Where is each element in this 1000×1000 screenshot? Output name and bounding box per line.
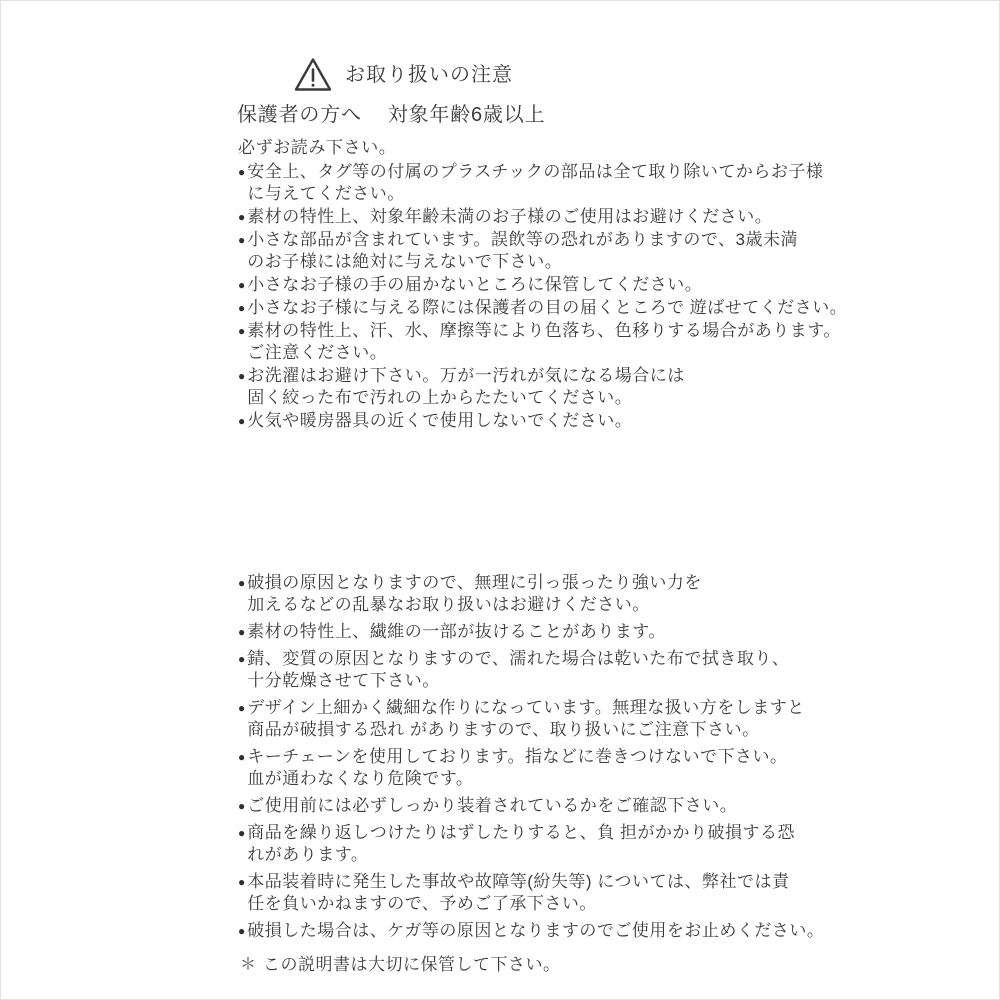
list-item: ● 安全上、タグ等の付属のプラスチックの部品は全て取り除いてからお子様 に与えて…	[238, 161, 858, 205]
bullet-icon: ●	[238, 746, 245, 768]
bullet-icon: ●	[238, 871, 245, 893]
bullet-icon: ●	[238, 621, 245, 643]
bullet-icon: ●	[238, 161, 245, 183]
instruction-text: 商品を繰り返しつけたりはずしたりすると、負 担がかかり破損する恐 れがあります。	[247, 822, 795, 866]
instruction-text: 本品装着時に発生した事故や故障等(紛失等) については、弊社では責 任を負いかね…	[247, 871, 789, 915]
instruction-text: 錆、変質の原因となりますので、濡れた場合は乾いた布で拭き取り、 十分乾燥させて下…	[247, 648, 789, 692]
bullet-icon: ●	[238, 572, 245, 594]
instruction-text: 破損した場合は、ケガ等の原因となりますのでご使用をお止めください。	[247, 920, 824, 942]
age-range-label: 対象年齢6歳以上	[388, 102, 546, 128]
list-item: ● 本品装着時に発生した事故や故障等(紛失等) については、弊社では責 任を負い…	[238, 871, 858, 915]
document-header: お取り扱いの注意	[293, 56, 513, 93]
list-item: ● 小さな部品が含まれています。誤飲等の恐れがありますので、3歳未満 のお子様に…	[238, 229, 858, 273]
bullet-icon: ●	[238, 206, 245, 228]
instruction-text: 小さなお子様に与える際には保護者の目の届くところで 遊ばせてください。	[247, 297, 847, 319]
bullet-icon: ●	[238, 795, 245, 817]
list-item: ● お洗濯はお避け下さい。万が一汚れが気になる場合には 固く絞った布で汚れの上か…	[238, 365, 858, 409]
instruction-text: 小さな部品が含まれています。誤飲等の恐れがありますので、3歳未満 のお子様には絶…	[247, 229, 798, 273]
list-item: ● 火気や暖房器具の近くで使用しないでください。	[238, 410, 858, 432]
instruction-text: デザイン上細かく繊細な作りになっています。無理な扱い方をしますと 商品が破損する…	[247, 697, 804, 741]
bullet-icon: ●	[238, 365, 245, 387]
bullet-icon: ●	[238, 410, 245, 432]
warning-triangle-icon	[293, 56, 333, 93]
bullet-icon: ●	[238, 822, 245, 844]
instruction-text: 小さなお子様の手の届かないところに保管してください。	[247, 274, 702, 296]
bullet-icon: ●	[238, 320, 245, 342]
audience-line: 保護者の方へ 対象年齢6歳以上	[237, 102, 545, 128]
bullet-icon: ●	[238, 229, 245, 251]
audience-label: 保護者の方へ	[237, 102, 362, 128]
must-read-label: 必ずお読み下さい。	[238, 137, 396, 159]
list-item: ● 素材の特性上、汗、水、摩擦等により色落ち、色移りする場合があります。 ご注意…	[238, 320, 858, 364]
list-item: ● 錆、変質の原因となりますので、濡れた場合は乾いた布で拭き取り、 十分乾燥させ…	[238, 648, 858, 692]
list-item: ● 小さなお子様に与える際には保護者の目の届くところで 遊ばせてください。	[238, 297, 858, 319]
list-item: ● 破損した場合は、ケガ等の原因となりますのでご使用をお止めください。	[238, 920, 858, 942]
instruction-text: 素材の特性上、対象年齢未満のお子様のご使用はお避けください。	[247, 206, 772, 228]
list-item: ● ご使用前には必ずしっかり装着されているかをご確認下さい。	[238, 795, 858, 817]
instruction-text: 素材の特性上、繊維の一部が抜けることがあります。	[247, 621, 666, 643]
list-item: ● 破損の原因となりますので、無理に引っ張ったり強い力を 加えるなどの乱暴なお取…	[238, 572, 858, 616]
bullet-icon: ●	[238, 274, 245, 296]
list-item: ● キーチェーンを使用しております。指などに巻きつけないで下さい。 血が通わなく…	[238, 746, 858, 790]
care-instructions-sheet: お取り扱いの注意 保護者の方へ 対象年齢6歳以上 必ずお読み下さい。 ● 安全上…	[0, 0, 1000, 1000]
bullet-icon: ●	[238, 697, 245, 719]
bullet-icon: ●	[238, 297, 245, 319]
page-title: お取り扱いの注意	[345, 57, 513, 93]
asterisk-marker: ＊	[240, 954, 256, 976]
instruction-list-general: ● 安全上、タグ等の付属のプラスチックの部品は全て取り除いてからお子様 に与えて…	[238, 161, 858, 432]
instruction-text: 安全上、タグ等の付属のプラスチックの部品は全て取り除いてからお子様 に与えてくだ…	[247, 161, 823, 205]
instruction-text: 火気や暖房器具の近くで使用しないでください。	[247, 410, 632, 432]
bullet-icon: ●	[238, 648, 245, 670]
instruction-list-handling: ● 破損の原因となりますので、無理に引っ張ったり強い力を 加えるなどの乱暴なお取…	[238, 572, 858, 976]
note-text: この説明書は大切に保管して下さい。	[263, 954, 561, 976]
list-item: ● 素材の特性上、対象年齢未満のお子様のご使用はお避けください。	[238, 206, 858, 228]
list-item: ● 小さなお子様の手の届かないところに保管してください。	[238, 274, 858, 296]
instruction-text: キーチェーンを使用しております。指などに巻きつけないで下さい。 血が通わなくなり…	[247, 746, 787, 790]
instruction-text: ご使用前には必ずしっかり装着されているかをご確認下さい。	[247, 795, 737, 817]
instruction-text: 破損の原因となりますので、無理に引っ張ったり強い力を 加えるなどの乱暴なお取り扱…	[247, 572, 702, 616]
keep-manual-note: ＊ この説明書は大切に保管して下さい。	[238, 954, 858, 976]
list-item: ● デザイン上細かく繊細な作りになっています。無理な扱い方をしますと 商品が破損…	[238, 697, 858, 741]
instruction-text: 素材の特性上、汗、水、摩擦等により色落ち、色移りする場合があります。 ご注意くだ…	[247, 320, 841, 364]
instruction-text: お洗濯はお避け下さい。万が一汚れが気になる場合には 固く絞った布で汚れの上からた…	[247, 365, 685, 409]
list-item: ● 商品を繰り返しつけたりはずしたりすると、負 担がかかり破損する恐 れがありま…	[238, 822, 858, 866]
bullet-icon: ●	[238, 920, 245, 942]
list-item: ● 素材の特性上、繊維の一部が抜けることがあります。	[238, 621, 858, 643]
